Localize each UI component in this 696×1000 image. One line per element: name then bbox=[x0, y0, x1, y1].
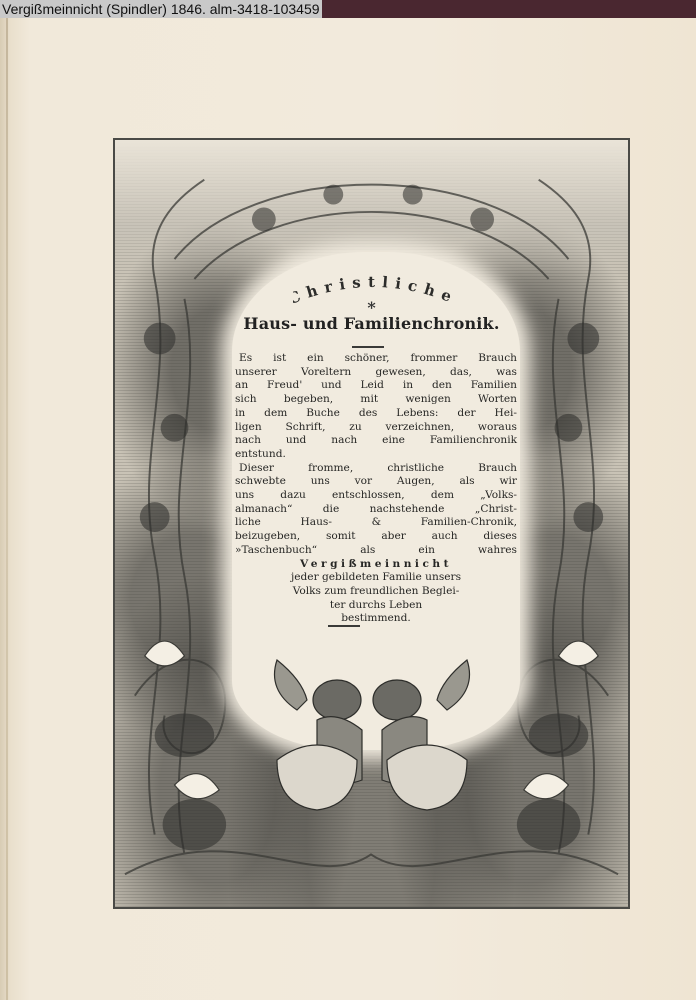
text-line: almanach“ die nachstehende „Christ- bbox=[235, 503, 517, 517]
body-text: Es ist ein schöner, frommer Brauch unser… bbox=[235, 352, 517, 626]
text-line: ter durchs Leben bbox=[235, 599, 517, 613]
text-line: »Taschenbuch“ als ein wahres bbox=[235, 544, 517, 558]
text-line: schwebte uns vor Augen, als wir bbox=[235, 475, 517, 489]
page-title: Haus- und Familienchronik. bbox=[115, 314, 628, 333]
text-line: Es ist ein schöner, frommer Brauch bbox=[235, 352, 517, 366]
text-line: ligen Schrift, zu verzeichnen, woraus bbox=[235, 421, 517, 435]
text-line: sich begeben, mit wenigen Worten bbox=[235, 393, 517, 407]
text-line: nach und nach eine Familienchronik bbox=[235, 434, 517, 448]
engraved-frame: Christliche * Haus- und Familienchronik.… bbox=[113, 138, 630, 909]
text-line: unserer Voreltern gewesen, das, was bbox=[235, 366, 517, 380]
divider-bottom bbox=[328, 625, 360, 627]
window-titlebar: Vergißmeinnicht (Spindler) 1846. alm-341… bbox=[0, 0, 696, 18]
text-line: jeder gebildeten Familie unsers bbox=[235, 571, 517, 585]
text-line: entstund. bbox=[235, 448, 517, 462]
text-line: bestimmend. bbox=[235, 612, 517, 626]
page-gutter bbox=[6, 18, 8, 1000]
cherubs-illustration bbox=[257, 640, 487, 840]
window-title: Vergißmeinnicht (Spindler) 1846. alm-341… bbox=[0, 0, 322, 18]
divider-top bbox=[352, 346, 384, 348]
text-line: in dem Buche des Lebens: der Hei- bbox=[235, 407, 517, 421]
text-line: liche Haus- & Familien-Chronik, bbox=[235, 516, 517, 530]
text-line: Dieser fromme, christliche Brauch bbox=[235, 462, 517, 476]
text-line: an Freud' und Leid in den Familien bbox=[235, 379, 517, 393]
text-line: Volks zum freundlichen Beglei- bbox=[235, 585, 517, 599]
text-line: beizugeben, somit aber auch dieses bbox=[235, 530, 517, 544]
text-line-vergissmeinnicht: Vergißmeinnicht bbox=[235, 558, 517, 572]
text-line: uns dazu entschlossen, dem „Volks- bbox=[235, 489, 517, 503]
